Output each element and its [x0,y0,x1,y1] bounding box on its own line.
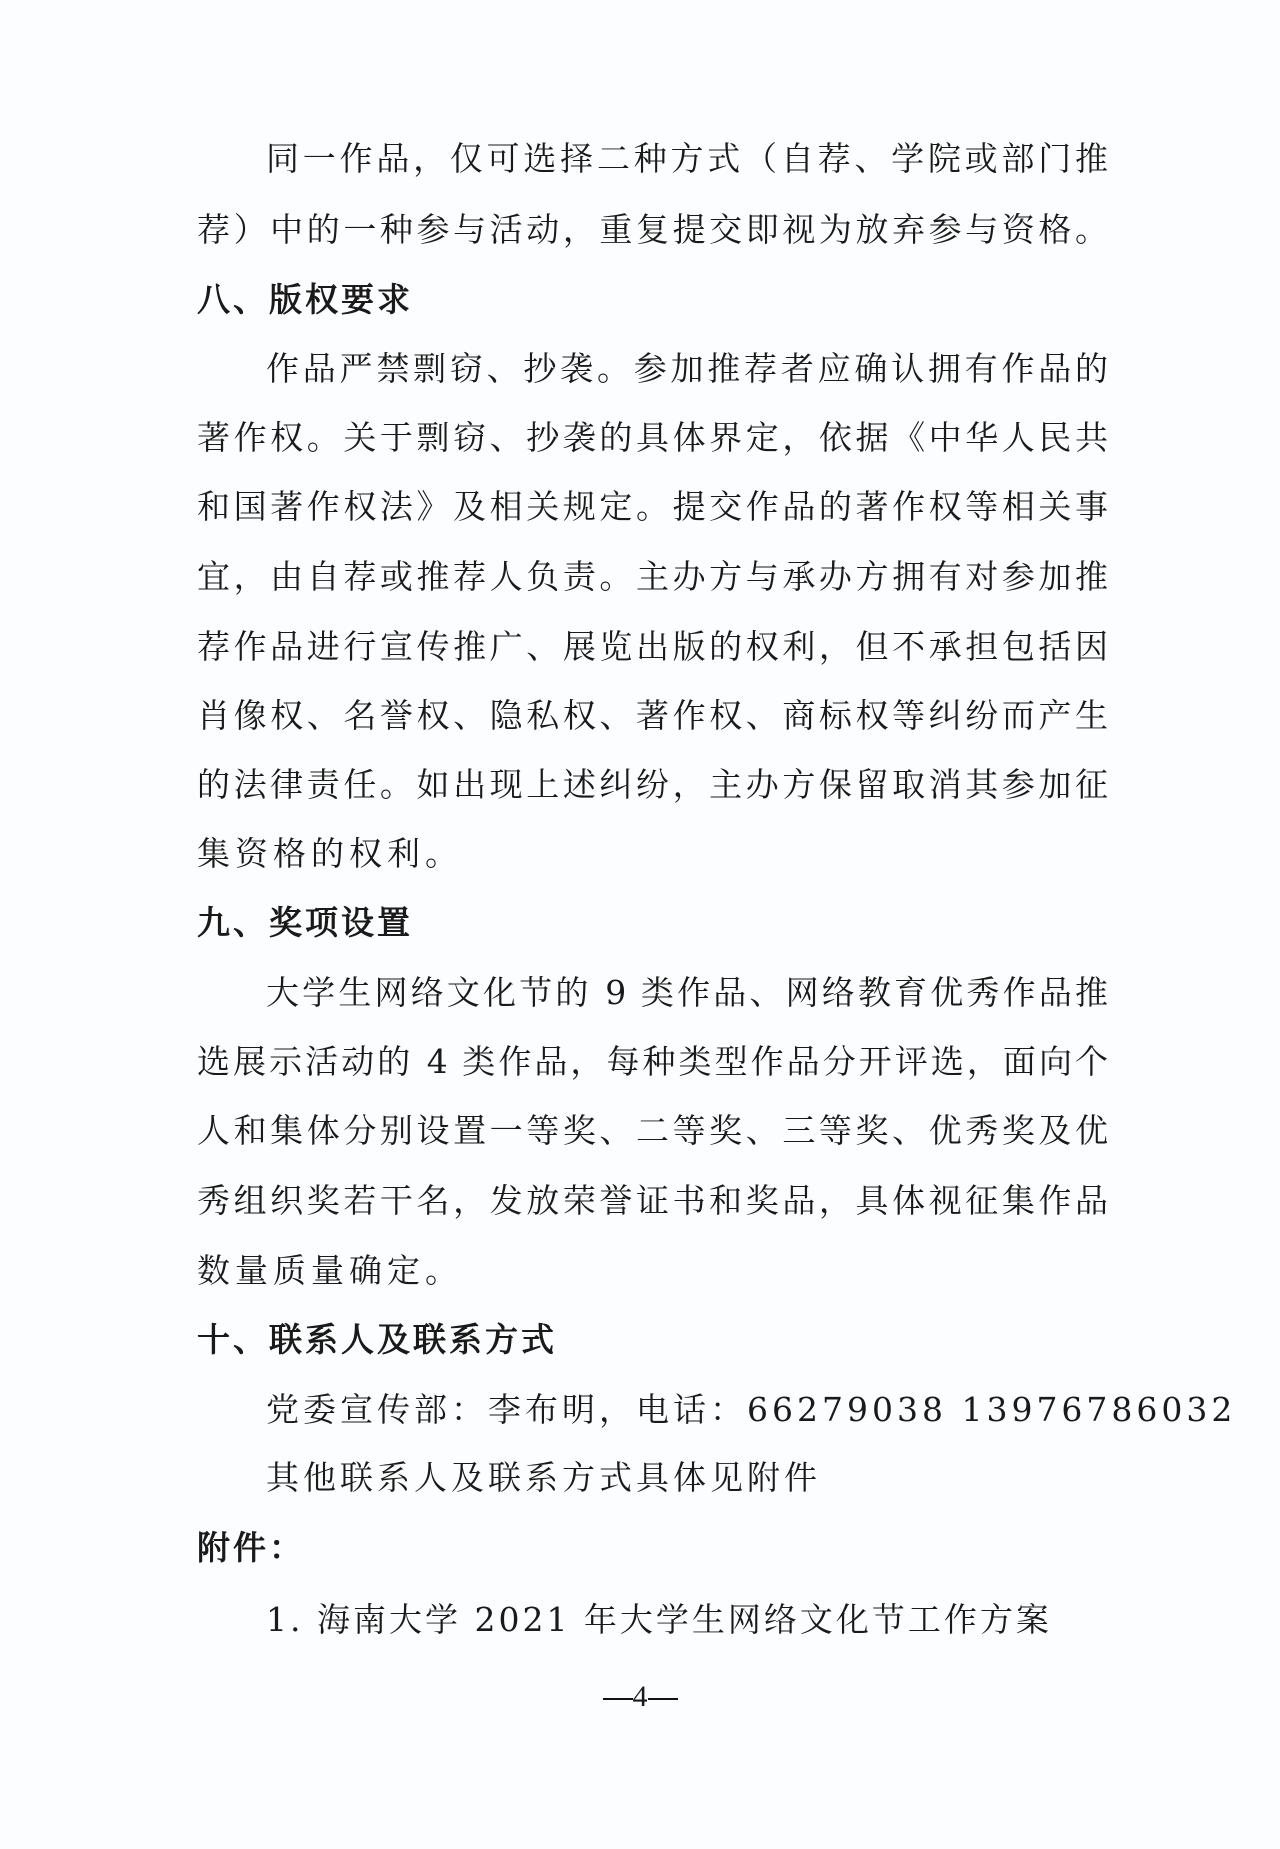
paragraph-line: 荐作品进行宣传推广、展览出版的权利，但不承担包括因 [197,627,1109,667]
section-heading-contacts: 十、联系人及联系方式 [197,1320,557,1360]
page-number: 4 [0,1680,1280,1714]
paragraph-line: 数量质量确定。 [197,1251,1109,1291]
paragraph-line: 荐）中的一种参与活动，重复提交即视为放弃参与资格。 [197,210,1109,250]
paragraph-line: 肖像权、名誉权、隐私权、著作权、商标权等纠纷而产生 [197,696,1109,736]
attachment-item: 1. 海南大学 2021 年大学生网络文化节工作方案 [266,1600,1052,1640]
contact-line: 党委宣传部：李布明，电话：66279038 13976786032 [266,1390,1236,1430]
paragraph-line: 和国著作权法》及相关规定。提交作品的著作权等相关事 [197,487,1109,527]
section-heading-awards: 九、奖项设置 [197,903,413,943]
paragraph-line: 大学生网络文化节的 9 类作品、网络教育优秀作品推 [266,973,1109,1013]
paragraph-line: 作品严禁剽窃、抄袭。参加推荐者应确认拥有作品的 [266,349,1109,389]
page-number-value: 4 [633,1680,648,1713]
paragraph-line: 著作权。关于剽窃、抄袭的具体界定，依据《中华人民共 [197,418,1109,458]
paragraph-line: 的法律责任。如出现上述纠纷，主办方保留取消其参加征 [197,765,1109,805]
paragraph-line: 选展示活动的 4 类作品，每种类型作品分开评选，面向个 [197,1042,1109,1082]
attachments-label: 附件： [197,1528,305,1568]
page-dash-right [648,1698,678,1700]
paragraph-line: 集资格的权利。 [197,834,1109,874]
paragraph-line: 人和集体分别设置一等奖、二等奖、三等奖、优秀奖及优 [197,1111,1109,1151]
page-dash-left [603,1698,633,1700]
paragraph-line: 秀组织奖若干名，发放荣誉证书和奖品，具体视征集作品 [197,1181,1109,1221]
other-contacts-line: 其他联系人及联系方式具体见附件 [266,1458,821,1498]
section-heading-copyright: 八、版权要求 [197,280,413,320]
paragraph-line: 宜，由自荐或推荐人负责。主办方与承办方拥有对参加推 [197,557,1109,597]
paragraph-line: 同一作品，仅可选择二种方式（自荐、学院或部门推 [266,139,1109,179]
